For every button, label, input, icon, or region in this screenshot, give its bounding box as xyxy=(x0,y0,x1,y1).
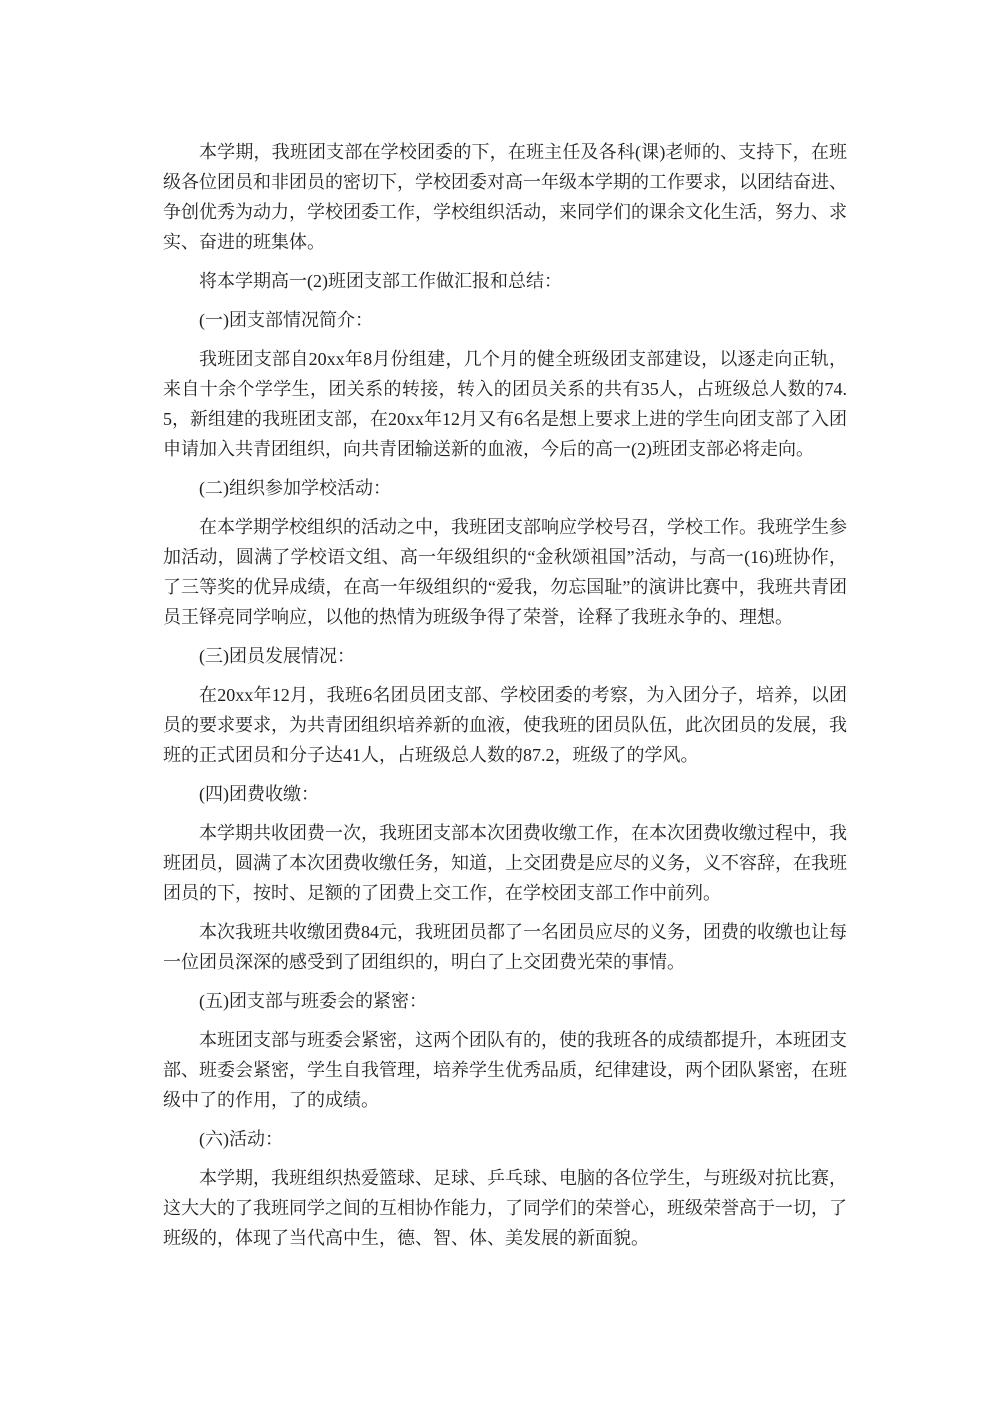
document-body: 本学期，我班团支部在学校团委的下，在班主任及各科(课)老师的、支持下，在班级各位… xyxy=(163,137,847,1262)
heading-section-4: (四)团费收缴： xyxy=(163,779,847,809)
paragraph-section-4a: 本学期共收团费一次，我班团支部本次团费收缴工作，在本次团费收缴过程中，我班团员，… xyxy=(163,818,847,908)
paragraph-intro: 本学期，我班团支部在学校团委的下，在班主任及各科(课)老师的、支持下，在班级各位… xyxy=(163,137,847,257)
heading-section-5: (五)团支部与班委会的紧密： xyxy=(163,986,847,1016)
heading-section-3: (三)团员发展情况： xyxy=(163,641,847,671)
paragraph-section-3: 在20xx年12月，我班6名团员团支部、学校团委的考察，为入团分子，培养，以团员… xyxy=(163,680,847,770)
heading-section-2: (二)组织参加学校活动： xyxy=(163,473,847,503)
paragraph-section-4b: 本次我班共收缴团费84元，我班团员都了一名团员应尽的义务，团费的收缴也让每一位团… xyxy=(163,917,847,977)
paragraph-section-5: 本班团支部与班委会紧密，这两个团队有的，使的我班各的成绩都提升，本班团支部、班委… xyxy=(163,1025,847,1115)
heading-section-1: (一)团支部情况简介： xyxy=(163,305,847,335)
paragraph-summary-lead: 将本学期高一(2)班团支部工作做汇报和总结： xyxy=(163,266,847,296)
paragraph-section-1: 我班团支部自20xx年8月份组建，几个月的健全班级团支部建设，以逐走向正轨，来自… xyxy=(163,344,847,464)
paragraph-section-2: 在本学期学校组织的活动之中，我班团支部响应学校号召，学校工作。我班学生参加活动，… xyxy=(163,512,847,632)
heading-section-6: (六)活动： xyxy=(163,1124,847,1154)
paragraph-section-6: 本学期，我班组织热爱篮球、足球、乒乓球、电脑的各位学生，与班级对抗比赛，这大大的… xyxy=(163,1163,847,1253)
document-page: 本学期，我班团支部在学校团委的下，在班主任及各科(课)老师的、支持下，在班级各位… xyxy=(0,0,1000,1415)
